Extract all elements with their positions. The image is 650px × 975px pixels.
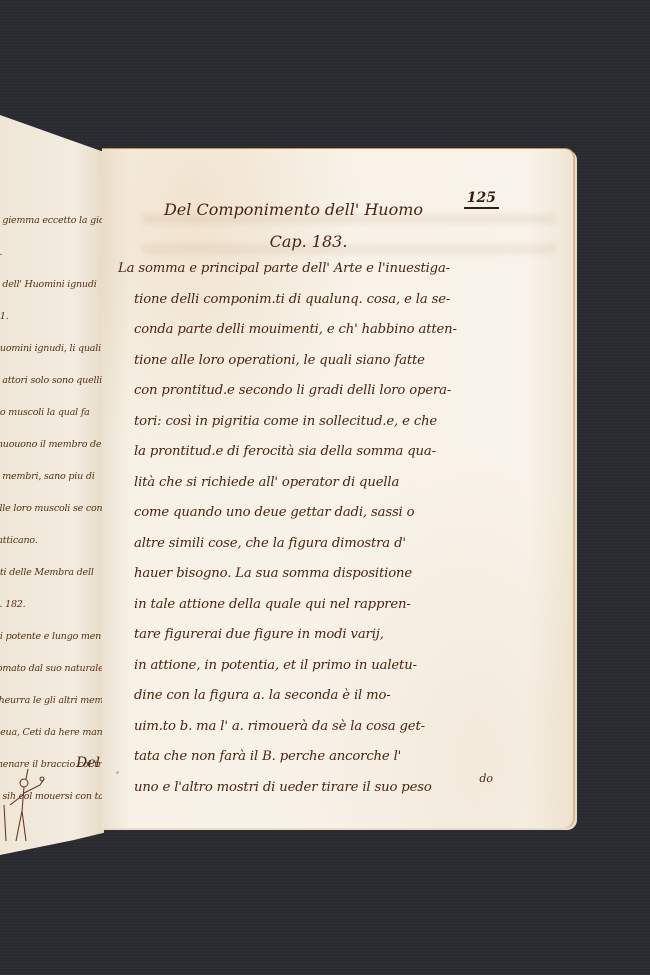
- left-line: o giemma eccetto la gio: [0, 205, 104, 237]
- left-line: e attori solo sono quelli: [0, 365, 104, 397]
- figure-sketch-icon: [0, 765, 50, 845]
- left-line: fatticano.: [0, 525, 104, 557]
- text-line: uno e l'altro mostri di ueder tirare il …: [118, 773, 513, 804]
- text-line: in attione, in potentia, et il primo in …: [118, 651, 513, 682]
- text-line: tata che non farà il B. perche ancorche …: [118, 742, 513, 773]
- left-line: o dell' Huomini ignudi: [0, 269, 104, 301]
- text-line: tione delli componim.ti di qualunq. cosa…: [118, 285, 513, 316]
- text-line: con prontitud.e secondo li gradi delli l…: [118, 376, 513, 407]
- text-line: tione alle loro operationi, le quali sia…: [118, 346, 513, 377]
- text-line: come quando uno deue gettar dadi, sassi …: [118, 498, 513, 529]
- left-line: a.: [0, 237, 104, 269]
- left-line: lomato dal suo naturale: [0, 653, 104, 685]
- chapter-number: Cap. 183.: [102, 232, 575, 251]
- left-line: alle loro muscoli se con: [0, 493, 104, 525]
- left-line: e membri, sano piu di: [0, 461, 104, 493]
- left-line: huomini ignudi, li quali: [0, 333, 104, 365]
- left-line: sheurra le gli altri mem: [0, 685, 104, 717]
- left-line: 81.: [0, 301, 104, 333]
- left-line: hi potente e lungo men: [0, 621, 104, 653]
- text-line: conda parte delli mouimenti, e ch' habbi…: [118, 315, 513, 346]
- chapter-title: Del Componimento dell' Huomo: [102, 200, 575, 219]
- text-line: tori: così in pigritia come in sollecitu…: [118, 407, 513, 438]
- speck: [116, 771, 119, 774]
- text-line: tare figurerai due figure in modi varij,: [118, 620, 513, 651]
- left-line: a. 182.: [0, 589, 104, 621]
- left-line: muouono il membro del: [0, 429, 104, 461]
- left-page-fragment: o giemma eccetto la gio a. o dell' Huomi…: [0, 115, 104, 855]
- left-line: Leua, Ceti da here mano: [0, 717, 104, 749]
- text-line: in tale attione della quale qui nel rapp…: [118, 590, 513, 621]
- catchword: do: [479, 772, 493, 785]
- left-page-text: o giemma eccetto la gio a. o dell' Huomi…: [0, 205, 104, 813]
- body-text: La somma e principal parte dell' Arte e …: [118, 254, 513, 803]
- text-line: La somma e principal parte dell' Arte e …: [118, 254, 513, 285]
- right-page: 125 Del Componimento dell' Huomo Cap. 18…: [102, 148, 575, 828]
- left-catchword: Del: [76, 755, 100, 771]
- text-line: uim.to b. ma l' a. rimouerà da sè la cos…: [118, 712, 513, 743]
- text-line: lità che si richiede all' operator di qu…: [118, 468, 513, 499]
- text-line: hauer bisogno. La sua somma dispositione: [118, 559, 513, 590]
- text-line: dine con la figura a. la seconda è il mo…: [118, 681, 513, 712]
- text-line: la prontitud.e di ferocità sia della som…: [118, 437, 513, 468]
- left-line: no muscoli la qual fa: [0, 397, 104, 429]
- left-line: nti delle Membra dell: [0, 557, 104, 589]
- text-line: altre simili cose, che la figura dimostr…: [118, 529, 513, 560]
